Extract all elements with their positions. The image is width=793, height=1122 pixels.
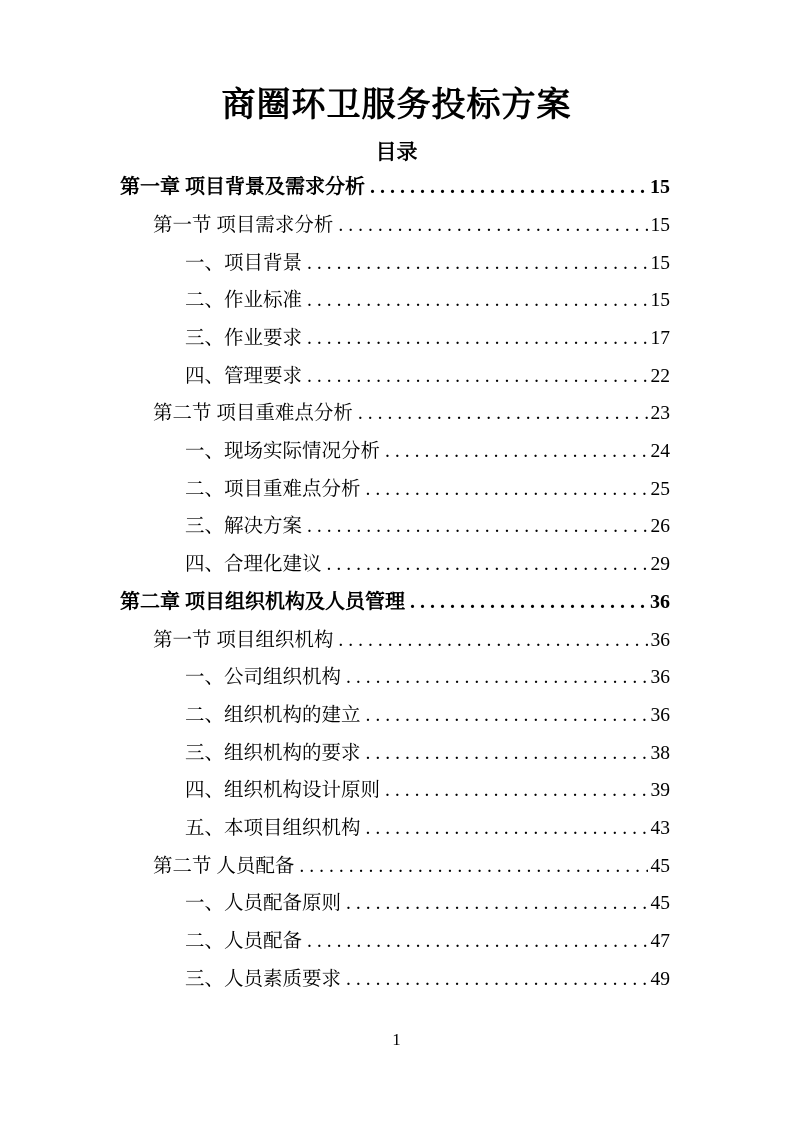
toc-entry-label: 二、组织机构的建立 bbox=[185, 697, 361, 735]
toc-leader-dots bbox=[385, 772, 647, 810]
toc-entry-page: 26 bbox=[651, 508, 671, 546]
toc-leader-dots bbox=[346, 659, 647, 697]
toc-entry: 一、公司组织机构 36 bbox=[120, 659, 670, 697]
toc-entry: 三、人员素质要求 49 bbox=[120, 961, 670, 999]
toc-entry: 二、人员配备 47 bbox=[120, 923, 670, 961]
toc-entry: 二、项目重难点分析 25 bbox=[120, 471, 670, 509]
toc-entry: 四、组织机构设计原则 39 bbox=[120, 772, 670, 810]
toc-entry-label: 二、人员配备 bbox=[185, 923, 302, 961]
toc-entry-page: 45 bbox=[651, 885, 671, 923]
toc-entry-label: 一、项目背景 bbox=[185, 245, 302, 283]
toc-entry-page: 24 bbox=[651, 433, 671, 471]
toc-leader-dots bbox=[307, 358, 647, 396]
toc-entry-label: 第二节 人员配备 bbox=[153, 848, 294, 886]
toc-entry-page: 15 bbox=[651, 282, 671, 320]
toc-entry: 第二节 人员配备 45 bbox=[120, 848, 670, 886]
toc-entry-page: 25 bbox=[651, 471, 671, 509]
toc-entry-label: 第二章 项目组织机构及人员管理 bbox=[120, 584, 405, 622]
toc-heading: 目录 bbox=[0, 140, 793, 165]
toc-leader-dots bbox=[346, 885, 647, 923]
toc-leader-dots bbox=[366, 471, 648, 509]
toc-entry: 第一节 项目需求分析 15 bbox=[120, 207, 670, 245]
toc-leader-dots bbox=[338, 622, 647, 660]
toc-entry-label: 五、本项目组织机构 bbox=[185, 810, 361, 848]
toc-entry-label: 三、作业要求 bbox=[185, 320, 302, 358]
toc-entry: 三、组织机构的要求 38 bbox=[120, 735, 670, 773]
toc-entry-page: 29 bbox=[651, 546, 671, 584]
toc-entry-page: 23 bbox=[651, 395, 671, 433]
toc-leader-dots bbox=[307, 282, 647, 320]
toc-leader-dots bbox=[385, 433, 647, 471]
toc-entry: 第一节 项目组织机构 36 bbox=[120, 622, 670, 660]
toc-entry-label: 一、人员配备原则 bbox=[185, 885, 341, 923]
toc-entry: 二、作业标准 15 bbox=[120, 282, 670, 320]
toc-entry-page: 15 bbox=[651, 245, 671, 283]
toc-leader-dots bbox=[299, 848, 647, 886]
toc-entry: 五、本项目组织机构 43 bbox=[120, 810, 670, 848]
toc-leader-dots bbox=[366, 810, 648, 848]
toc-entry-page: 38 bbox=[651, 735, 671, 773]
toc-entry-page: 47 bbox=[651, 923, 671, 961]
toc-leader-dots bbox=[307, 320, 647, 358]
toc-entry-page: 45 bbox=[651, 848, 671, 886]
toc-entry-label: 三、人员素质要求 bbox=[185, 961, 341, 999]
toc-entry: 一、现场实际情况分析 24 bbox=[120, 433, 670, 471]
toc-entry-label: 二、作业标准 bbox=[185, 282, 302, 320]
toc-leader-dots bbox=[410, 584, 647, 622]
toc-leader-dots bbox=[346, 961, 647, 999]
toc-leader-dots bbox=[338, 207, 647, 245]
toc-entry-page: 49 bbox=[651, 961, 671, 999]
toc-leader-dots bbox=[307, 923, 647, 961]
toc-entry: 三、解决方案 26 bbox=[120, 508, 670, 546]
toc-entry-label: 四、合理化建议 bbox=[185, 546, 322, 584]
toc-entry-label: 第一章 项目背景及需求分析 bbox=[120, 169, 365, 207]
toc-entry: 四、合理化建议 29 bbox=[120, 546, 670, 584]
toc-entry-label: 四、管理要求 bbox=[185, 358, 302, 396]
toc-entry-label: 第二节 项目重难点分析 bbox=[153, 395, 353, 433]
toc-entry: 三、作业要求 17 bbox=[120, 320, 670, 358]
toc-leader-dots bbox=[307, 508, 647, 546]
toc-entry-page: 39 bbox=[651, 772, 671, 810]
toc-entry-label: 一、现场实际情况分析 bbox=[185, 433, 380, 471]
toc-entry-page: 17 bbox=[651, 320, 671, 358]
toc-entry-label: 一、公司组织机构 bbox=[185, 659, 341, 697]
toc-entry-page: 22 bbox=[651, 358, 671, 396]
toc-entry-label: 二、项目重难点分析 bbox=[185, 471, 361, 509]
toc-entry-page: 36 bbox=[651, 622, 671, 660]
toc-entry: 一、人员配备原则 45 bbox=[120, 885, 670, 923]
toc-leader-dots bbox=[370, 169, 647, 207]
toc-leader-dots bbox=[366, 735, 648, 773]
toc-entry: 一、项目背景 15 bbox=[120, 245, 670, 283]
toc-entry: 四、管理要求 22 bbox=[120, 358, 670, 396]
toc-entry-page: 36 bbox=[650, 584, 670, 622]
toc-list: 第一章 项目背景及需求分析 15 第一节 项目需求分析 15 一、项目背景 15… bbox=[120, 169, 670, 998]
toc-leader-dots bbox=[307, 245, 647, 283]
toc-entry-label: 三、解决方案 bbox=[185, 508, 302, 546]
toc-entry: 第一章 项目背景及需求分析 15 bbox=[120, 169, 670, 207]
toc-entry-page: 43 bbox=[651, 810, 671, 848]
toc-entry-label: 四、组织机构设计原则 bbox=[185, 772, 380, 810]
toc-leader-dots bbox=[327, 546, 648, 584]
toc-entry-page: 36 bbox=[651, 659, 671, 697]
toc-leader-dots bbox=[358, 395, 648, 433]
toc-entry-page: 36 bbox=[651, 697, 671, 735]
page-number: 1 bbox=[0, 1030, 793, 1050]
document-title: 商圈环卫服务投标方案 bbox=[0, 0, 793, 125]
toc-entry: 二、组织机构的建立 36 bbox=[120, 697, 670, 735]
toc-leader-dots bbox=[366, 697, 648, 735]
toc-entry: 第二节 项目重难点分析 23 bbox=[120, 395, 670, 433]
toc-entry-label: 第一节 项目需求分析 bbox=[153, 207, 333, 245]
toc-entry-page: 15 bbox=[651, 207, 671, 245]
toc-entry-label: 三、组织机构的要求 bbox=[185, 735, 361, 773]
document-page: 商圈环卫服务投标方案 目录 第一章 项目背景及需求分析 15 第一节 项目需求分… bbox=[0, 0, 793, 1122]
toc-entry: 第二章 项目组织机构及人员管理 36 bbox=[120, 584, 670, 622]
toc-entry-label: 第一节 项目组织机构 bbox=[153, 622, 333, 660]
toc-entry-page: 15 bbox=[650, 169, 670, 207]
